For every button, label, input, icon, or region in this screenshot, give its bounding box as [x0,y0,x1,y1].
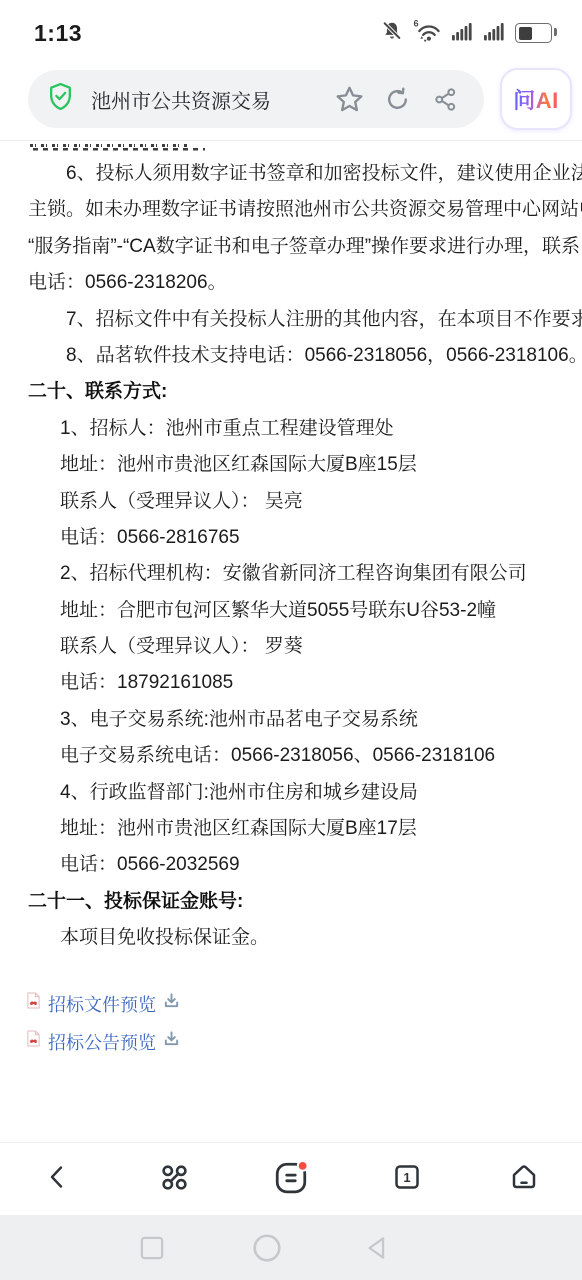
section-heading: 二十一、投标保证金账号: [0,884,582,920]
contact-line: 地址：池州市贵池区红森国际大厦B座15层 [0,447,582,483]
contact-line: 电话：18792161085 [0,665,582,701]
paragraph-line: 8、品茗软件技术支持电话：0566-2318056，0566-2318106。 [0,338,582,374]
contact-line: 地址：合肥市包河区繁华大道5055号联东U谷53-2幢 [0,593,582,629]
tab-count-icon: 1 [392,1162,422,1197]
clipped-text-line [30,144,230,151]
page-title: 池州市公共资源交易 [91,85,318,114]
shield-check-icon [48,82,73,116]
contact-line: 3、电子交易系统:池州市品茗电子交易系统 [0,702,582,738]
clock: 1:13 [34,20,82,47]
cell-signal-icon [483,21,506,46]
web-page-content: 6、投标人须用数字证书签章和加密投标文件，建议使用企业法人 主锁。如未办理数字证… [0,140,582,1061]
share-icon[interactable] [428,82,462,116]
svg-text:6: 6 [414,19,419,29]
wifi-6-icon: 6 [412,18,442,48]
paragraph-line: 本项目免收投标保证金。 [0,920,582,956]
download-icon[interactable] [163,1030,180,1053]
paragraph-line: 主锁。如未办理数字证书请按照池州市公共资源交易管理中心网站中 [0,192,582,228]
status-bar: 1:13 6 [0,0,582,60]
paragraph-line: “服务指南”-“CA数字证书和电子签章办理”操作要求进行办理，联系 [0,229,582,265]
pdf-file-icon [26,1030,41,1053]
status-icons: 6 [381,18,556,48]
notification-badge [298,1161,308,1171]
svg-text:1: 1 [404,1170,411,1185]
bid-announcement-preview-link[interactable]: 招标公告预览 [26,1023,582,1061]
circle-icon [252,1232,283,1263]
recents-button[interactable] [139,1234,166,1261]
browser-toolbar: 1 [0,1142,582,1216]
address-bar-row: 池州市公共资源交易 [0,60,582,140]
contact-line: 2、招标代理机构：安徽省新同济工程咨询集团有限公司 [0,556,582,592]
bid-document-preview-link[interactable]: 招标文件预览 [26,985,582,1023]
cell-signal-icon [451,21,474,46]
contact-line: 电话：0566-2816765 [0,520,582,556]
home-icon [508,1161,540,1198]
link-label: 招标文件预览 [48,991,156,1017]
contact-line: 1、招标人：池州市重点工程建设管理处 [0,411,582,447]
square-icon [139,1234,166,1261]
ask-ai-label: 问AI [513,84,559,115]
battery-icon [515,23,552,43]
link-label: 招标公告预览 [48,1029,156,1055]
download-icon[interactable] [163,992,180,1015]
refresh-icon[interactable] [380,82,414,116]
address-bar[interactable]: 池州市公共资源交易 [28,70,484,128]
back-button[interactable] [0,1143,116,1216]
section-heading: 二十、联系方式: [0,374,582,410]
chevron-left-icon [43,1162,73,1197]
phone-screen: 1:13 6 [0,0,582,1280]
bookmark-star-icon[interactable] [332,82,366,116]
contact-line: 联系人（受理异议人）： 吴亮 [0,484,582,520]
notifications-off-icon [381,20,403,47]
pdf-file-icon [26,992,41,1015]
back-nav-button[interactable] [365,1234,392,1261]
contact-line: 4、行政监督部门:池州市住房和城乡建设局 [0,775,582,811]
attachment-links: 招标文件预览 招标公告预览 [0,985,582,1061]
android-nav-bar [0,1215,582,1280]
contact-line: 联系人（受理异议人）： 罗葵 [0,629,582,665]
paragraph-line: 7、招标文件中有关投标人注册的其他内容，在本项目不作要求。 [0,302,582,338]
tabs-button[interactable]: 1 [349,1143,465,1216]
paragraph-line: 电话：0566-2318206。 [0,265,582,301]
home-button[interactable] [466,1143,582,1216]
paragraph-line: 6、投标人须用数字证书签章和加密投标文件，建议使用企业法人 [0,156,582,192]
contact-line: 电子交易系统电话：0566-2318056、0566-2318106 [0,738,582,774]
contact-line: 地址：池州市贵池区红森国际大厦B座17层 [0,811,582,847]
contact-line: 电话：0566-2032569 [0,847,582,883]
menu-button[interactable] [233,1143,349,1216]
menu-icon [273,1159,309,1200]
quark-apps-icon [159,1162,190,1198]
home-nav-button[interactable] [252,1232,283,1263]
triangle-left-icon [365,1234,392,1261]
quark-apps-button[interactable] [116,1143,232,1216]
ask-ai-button[interactable]: 问AI [500,68,572,130]
